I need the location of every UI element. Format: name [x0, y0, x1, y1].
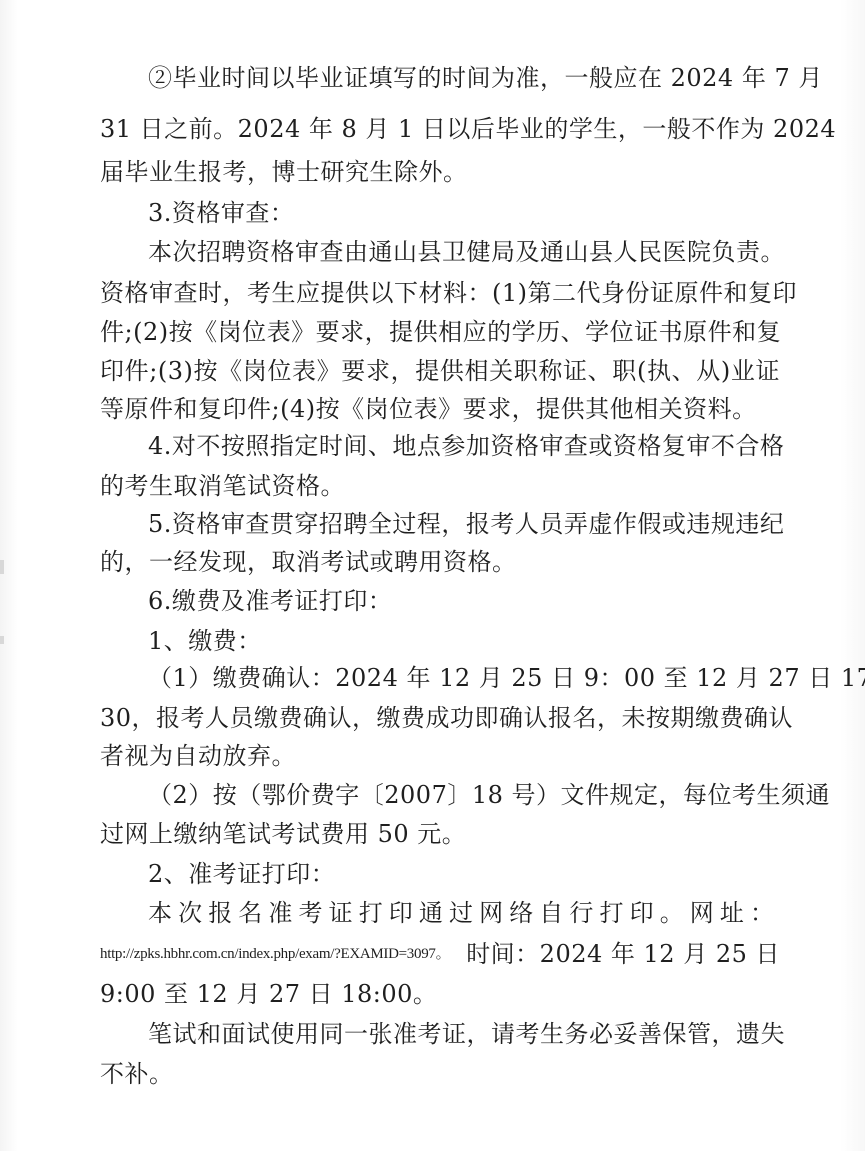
paragraph-review-line-3: 件;(2)按《岗位表》要求，提供相应的学历、学位证书原件和复: [100, 316, 780, 348]
paragraph-notice-line-2: 不补。: [100, 1058, 780, 1090]
subheading-payment: 1、缴费：: [148, 625, 780, 657]
paragraph-graduation-line-1: ②毕业时间以毕业证填写的时间为准，一般应在 2024 年 7 月: [148, 62, 780, 94]
paragraph-graduation-line-3: 届毕业生报考，博士研究生除外。: [100, 156, 780, 188]
scan-edge-mark: [0, 636, 4, 644]
section-heading-qualification-review: 3.资格审查：: [148, 197, 780, 229]
paragraph-fee-line-1: （2）按（鄂价费字〔2007〕18 号）文件规定，每位考生须通: [148, 779, 780, 811]
paragraph-payment-confirm-line-3: 者视为自动放弃。: [100, 740, 780, 772]
admission-ticket-url-link[interactable]: http://zpks.hbhr.com.cn/index.php/exam/?…: [100, 938, 450, 970]
paragraph-print-line-2: http://zpks.hbhr.com.cn/index.php/exam/?…: [100, 938, 780, 970]
paragraph-payment-confirm-line-2: 30，报考人员缴费确认，缴费成功即确认报名，未按期缴费确认: [100, 702, 780, 734]
paragraph-payment-confirm-line-1: （1）缴费确认：2024 年 12 月 25 日 9：00 至 12 月 27 …: [148, 662, 780, 694]
paragraph-graduation-line-2: 31 日之前。2024 年 8 月 1 日以后毕业的学生，一般不作为 2024: [100, 113, 780, 145]
paragraph-review-line-5: 等原件和复印件;(4)按《岗位表》要求，提供其他相关资料。: [100, 393, 780, 425]
paragraph-item4-line-2: 的考生取消笔试资格。: [100, 470, 780, 502]
paragraph-notice-line-1: 笔试和面试使用同一张准考证，请考生务必妥善保管，遗失: [148, 1018, 780, 1050]
paragraph-review-line-2: 资格审查时，考生应提供以下材料：(1)第二代身份证原件和复印: [100, 277, 780, 309]
paragraph-item5-line-1: 5.资格审查贯穿招聘全过程，报考人员弄虚作假或违规违纪: [148, 508, 780, 540]
paragraph-item4-line-1: 4.对不按照指定时间、地点参加资格审查或资格复审不合格: [148, 430, 780, 462]
subheading-admission-ticket-print: 2、准考证打印：: [148, 858, 780, 890]
scan-edge-mark: [0, 560, 4, 574]
print-time-start: 时间：2024 年 12 月 25 日: [466, 938, 780, 970]
paragraph-review-line-1: 本次招聘资格审查由通山县卫健局及通山县人民医院负责。: [148, 236, 780, 268]
paragraph-print-line-3: 9:00 至 12 月 27 日 18:00。: [100, 978, 780, 1010]
document-page: ②毕业时间以毕业证填写的时间为准，一般应在 2024 年 7 月 31 日之前。…: [0, 0, 865, 1151]
paragraph-print-line-1: 本次报名准考证打印通过网络自行打印。网址：: [148, 897, 780, 929]
paragraph-fee-line-2: 过网上缴纳笔试考试费用 50 元。: [100, 818, 780, 850]
paragraph-item5-line-2: 的，一经发现，取消考试或聘用资格。: [100, 546, 780, 578]
paragraph-review-line-4: 印件;(3)按《岗位表》要求，提供相关职称证、职(执、从)业证: [100, 355, 780, 387]
section-heading-payment-and-admission: 6.缴费及准考证打印：: [148, 585, 780, 617]
